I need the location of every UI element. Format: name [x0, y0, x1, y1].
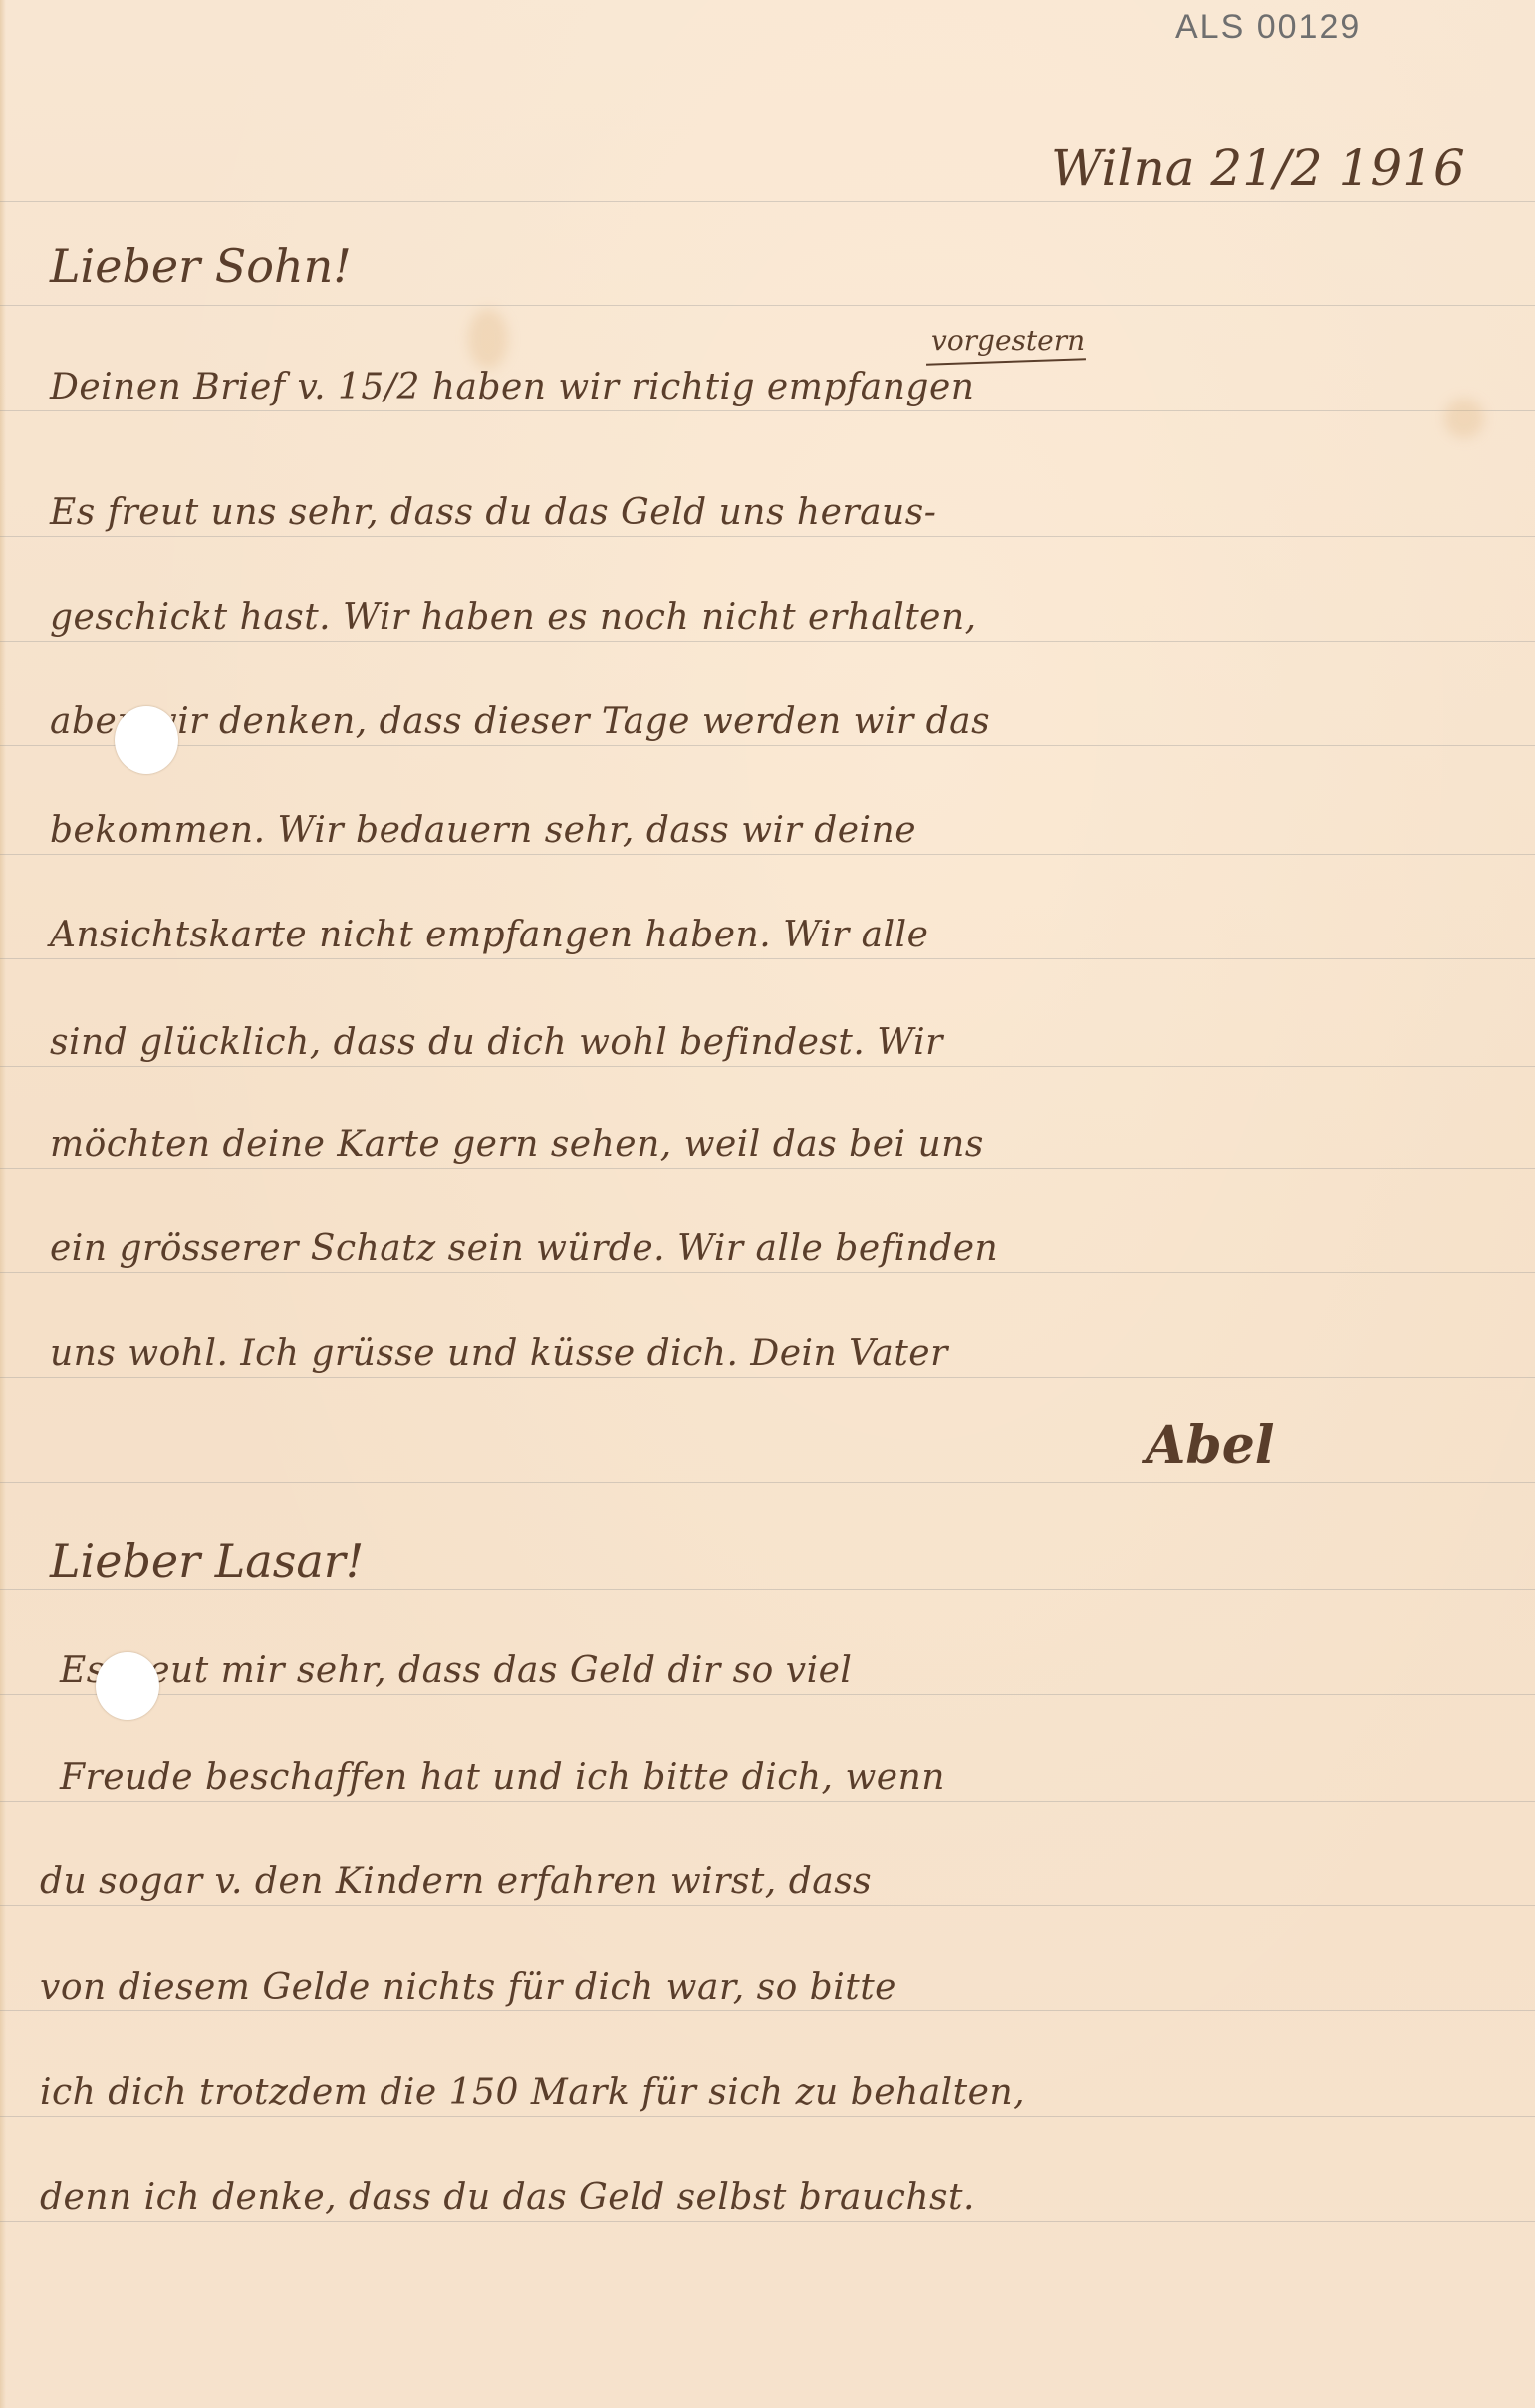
letter-page: ALS 00129 Wilna 21/2 1916 Lieber Sohn! v… [0, 0, 1535, 2408]
place-date: Wilna 21/2 1916 [1051, 139, 1465, 197]
salutation-2: Lieber Lasar! [50, 1534, 364, 1588]
insertion-mark [926, 358, 1086, 366]
paper-stain [1444, 399, 1484, 438]
letter1-line: möchten deine Karte gern sehen, weil das… [50, 1124, 984, 1165]
letter1-line: sind glücklich, dass du dich wohl befind… [50, 1022, 943, 1063]
rule-line [0, 1168, 1535, 1169]
letter1-line: Deinen Brief v. 15/2 haben wir richtig e… [50, 367, 974, 407]
punch-hole [115, 706, 178, 774]
letter2-line: Freude beschaffen hat und ich bitte dich… [60, 1757, 945, 1798]
rule-line [0, 305, 1535, 306]
letter1-line: Es freut uns sehr, dass du das Geld uns … [50, 492, 936, 533]
rule-line [0, 958, 1535, 959]
rule-line [0, 641, 1535, 642]
salutation-1: Lieber Sohn! [50, 239, 352, 293]
rule-line [0, 1589, 1535, 1590]
archive-id: ALS 00129 [1175, 8, 1361, 47]
rule-line [0, 1905, 1535, 1906]
rule-line [0, 1377, 1535, 1378]
letter1-line: bekommen. Wir bedauern sehr, dass wir de… [50, 810, 916, 851]
rule-line [0, 854, 1535, 855]
insertion-text: vorgestern [931, 324, 1085, 357]
letter1-line: ein grösserer Schatz sein würde. Wir all… [50, 1228, 998, 1269]
letter1-line: uns wohl. Ich grüsse und küsse dich. Dei… [50, 1333, 948, 1374]
letter2-line: denn ich denke, dass du das Geld selbst … [40, 2177, 975, 2218]
letter2-line: Es freut mir sehr, dass das Geld dir so … [60, 1650, 852, 1691]
rule-line [0, 2116, 1535, 2117]
punch-hole [96, 1652, 159, 1720]
rule-line [0, 1694, 1535, 1695]
rule-line [0, 536, 1535, 537]
rule-line [0, 410, 1535, 411]
letter1-line: aber wir denken, dass dieser Tage werden… [50, 701, 990, 742]
paper-edge [0, 0, 6, 2408]
rule-line [0, 2010, 1535, 2011]
letter2-line: du sogar v. den Kindern erfahren wirst, … [40, 1861, 872, 1902]
letter2-line: ich dich trotzdem die 150 Mark für sich … [40, 2072, 1025, 2113]
letter1-line: Ansichtskarte nicht empfangen haben. Wir… [50, 915, 928, 955]
paper-stain [468, 309, 508, 369]
rule-line [0, 745, 1535, 746]
letter2-line: von diesem Gelde nichts für dich war, so… [40, 1967, 896, 2007]
rule-line [0, 201, 1535, 202]
signature-abel: Abel [1146, 1415, 1275, 1475]
rule-line [0, 1066, 1535, 1067]
letter1-line: geschickt hast. Wir haben es noch nicht … [50, 597, 977, 638]
rule-line [0, 1801, 1535, 1802]
rule-line [0, 2221, 1535, 2222]
rule-line [0, 1482, 1535, 1483]
rule-line [0, 1272, 1535, 1273]
